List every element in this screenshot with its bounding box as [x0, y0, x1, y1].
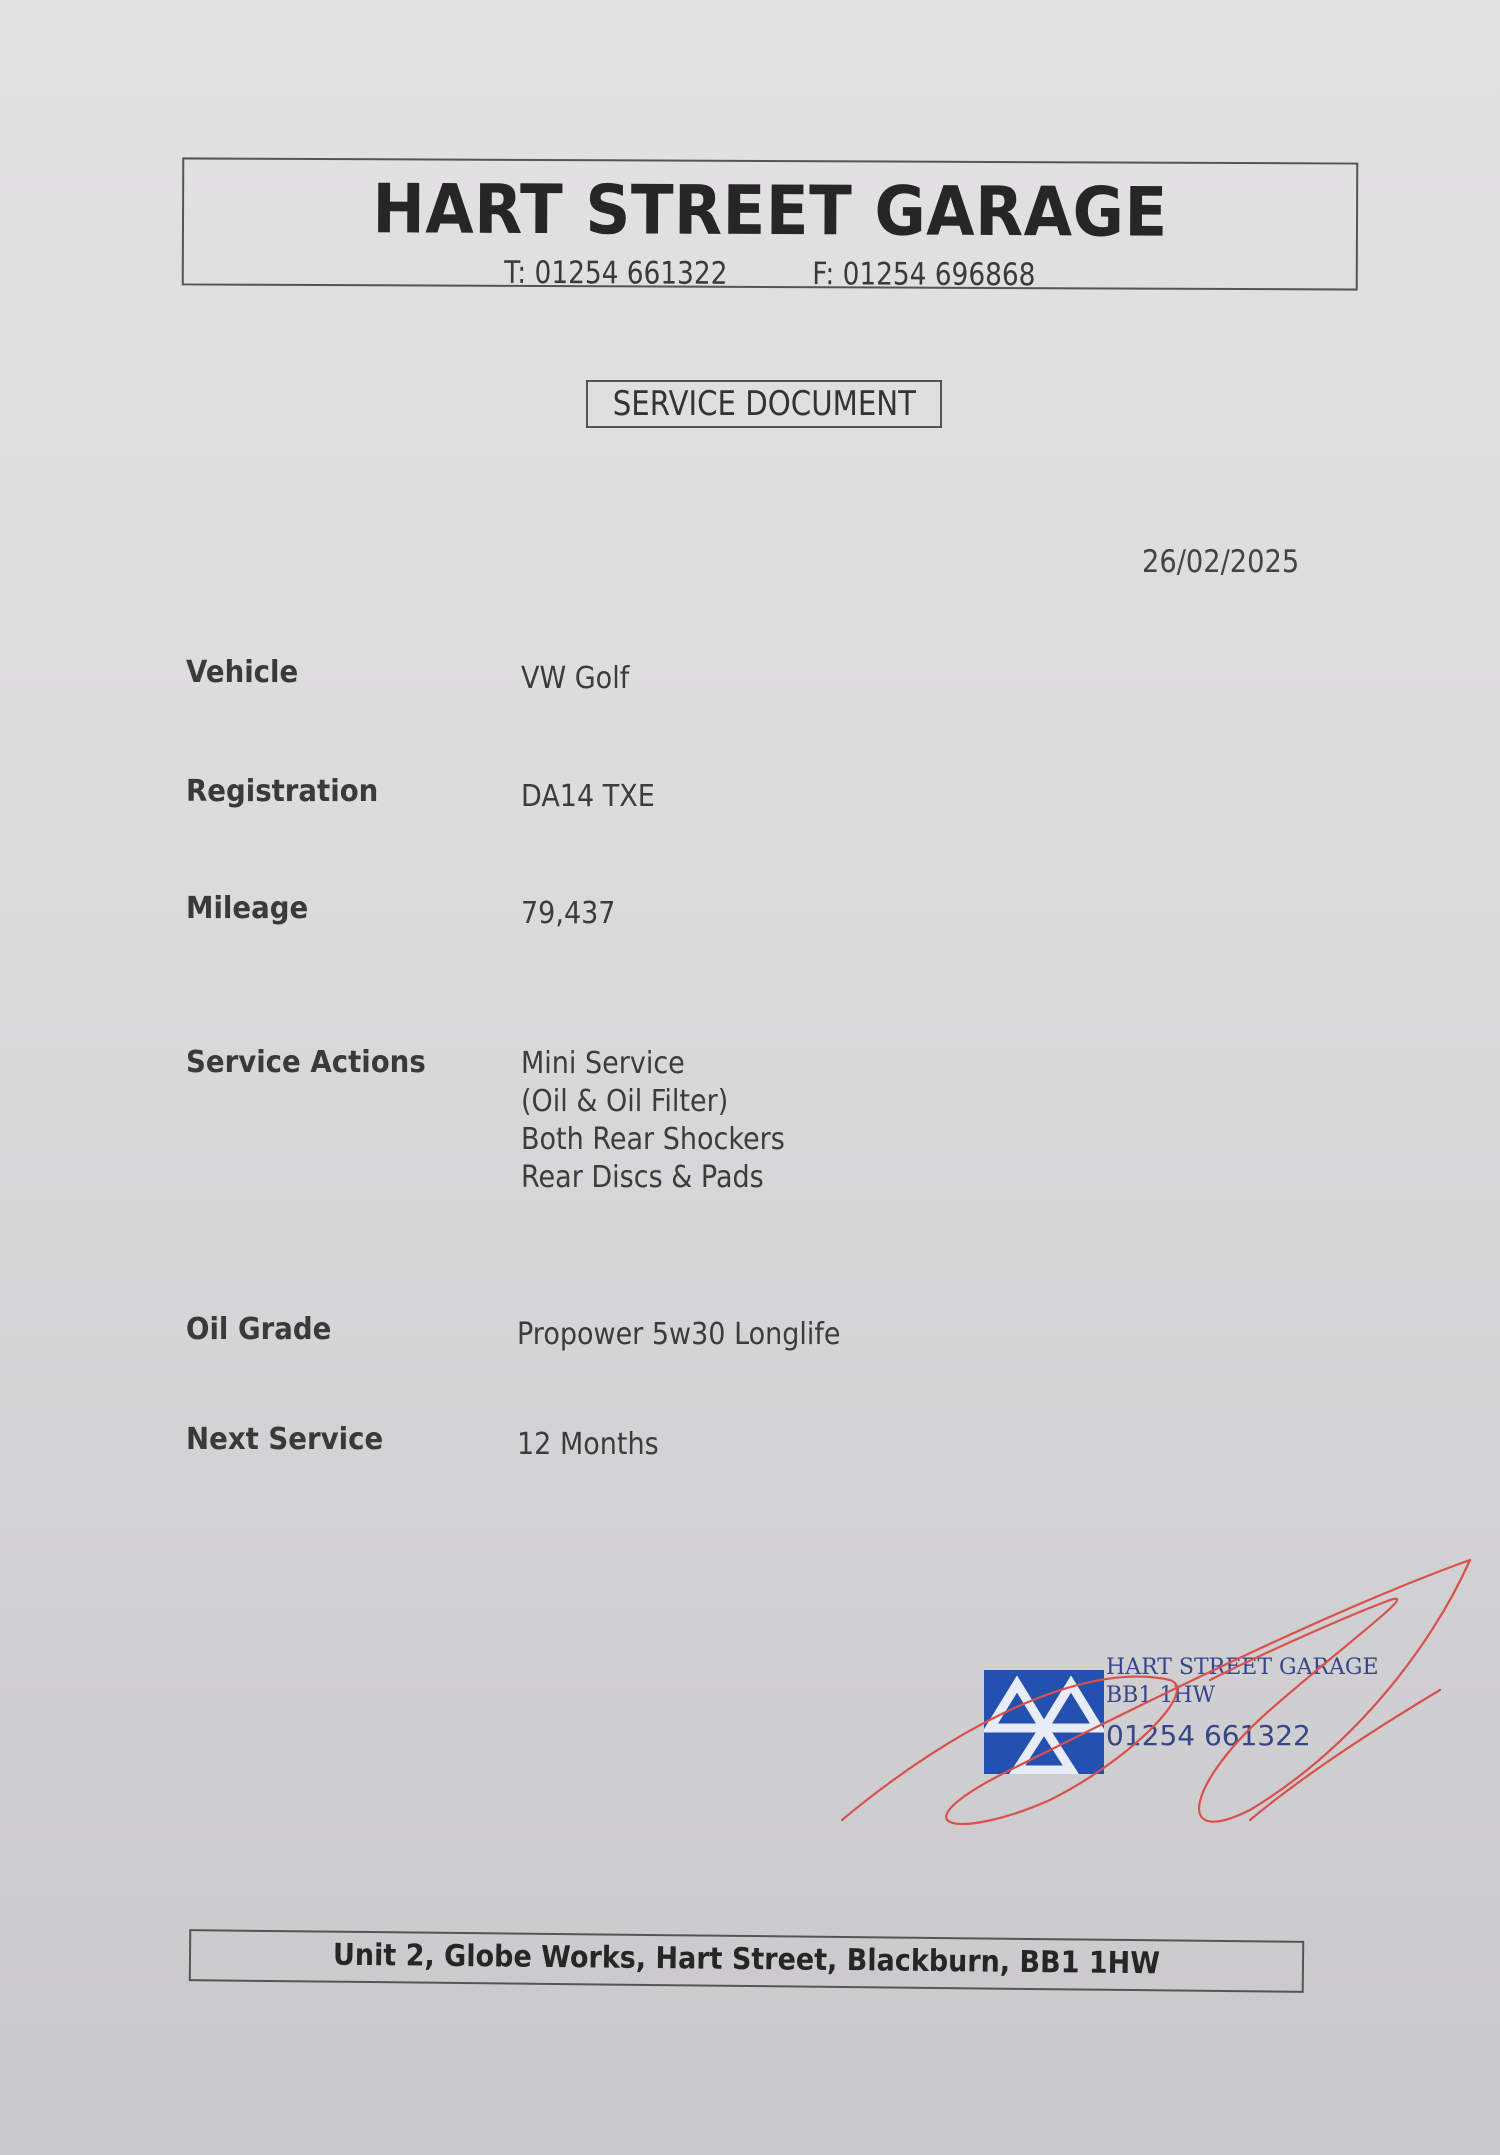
field-value: VW Golf — [521, 660, 629, 698]
service-action-item: (Oil & Oil Filter) — [521, 1083, 785, 1121]
field-label: Vehicle — [186, 655, 298, 690]
service-action-item: Rear Discs & Pads — [521, 1159, 785, 1197]
service-actions-list: Mini Service (Oil & Oil Filter) Both Rea… — [521, 1045, 785, 1197]
company-name: HART STREET GARAGE — [231, 170, 1310, 254]
field-value: DA14 TXE — [521, 778, 655, 816]
document-date: 26/02/2025 — [1142, 544, 1299, 580]
field-label: Oil Grade — [186, 1312, 331, 1347]
signature-scribble — [830, 1530, 1500, 1850]
field-value: Propower 5w30 Longlife — [517, 1316, 841, 1354]
field-label: Service Actions — [186, 1045, 426, 1080]
document-title: SERVICE DOCUMENT — [586, 380, 942, 428]
field-label: Next Service — [186, 1422, 383, 1457]
telephone-number: T: 01254 661322 — [504, 255, 727, 292]
field-value: 79,437 — [521, 895, 615, 933]
address-text: Unit 2, Globe Works, Hart Street, Blackb… — [333, 1933, 1161, 1988]
contact-numbers: T: 01254 661322 F: 01254 696868 — [272, 254, 1268, 294]
fax-number: F: 01254 696868 — [812, 256, 1035, 293]
service-action-item: Both Rear Shockers — [521, 1121, 785, 1159]
document-title-text: SERVICE DOCUMENT — [613, 382, 916, 426]
service-document-page: HART STREET GARAGE T: 01254 661322 F: 01… — [0, 0, 1500, 2155]
address-footer: Unit 2, Globe Works, Hart Street, Blackb… — [189, 1929, 1304, 1993]
field-label: Mileage — [186, 891, 308, 926]
field-value: 12 Months — [517, 1426, 659, 1464]
letterhead-box: HART STREET GARAGE T: 01254 661322 F: 01… — [182, 157, 1359, 290]
field-label: Registration — [186, 774, 378, 809]
service-action-item: Mini Service — [521, 1045, 785, 1083]
